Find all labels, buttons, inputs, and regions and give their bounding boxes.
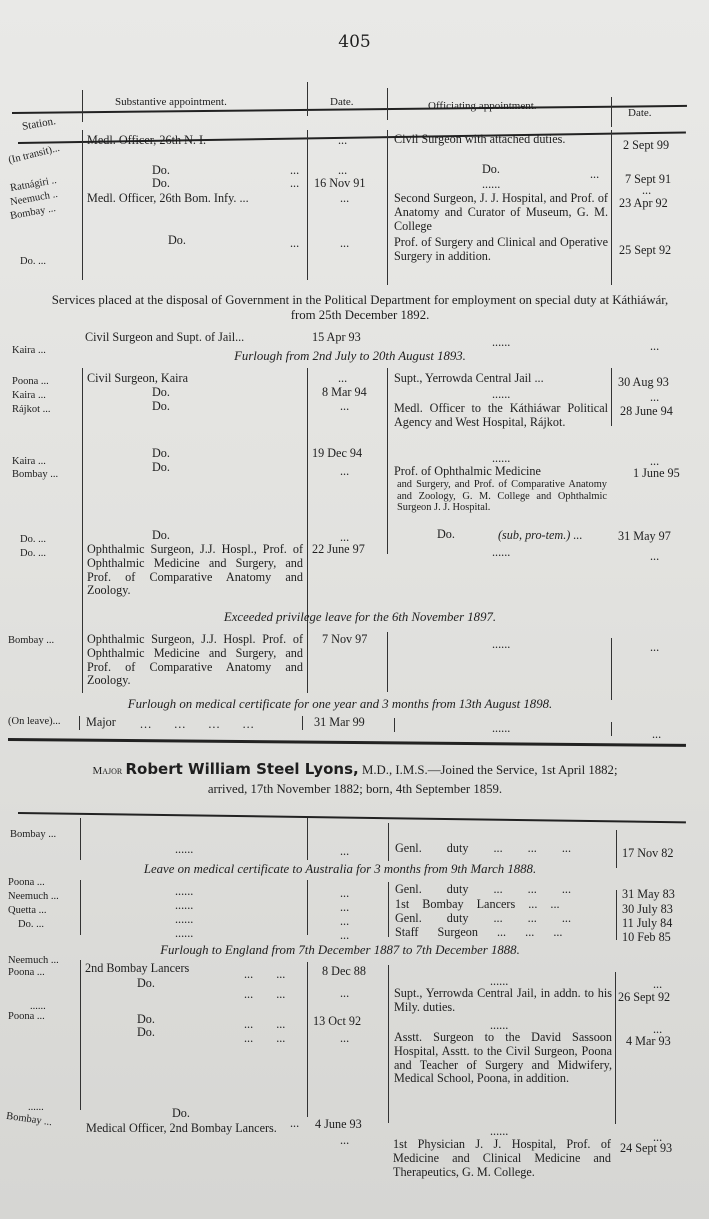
table-top-rule	[18, 812, 686, 823]
officer-bio-line-2: arrived, 17th November 1882; born, 4th S…	[208, 782, 502, 796]
column-rule	[302, 716, 303, 730]
column-rule	[307, 130, 308, 280]
date-cell: 17 Nov 82	[622, 847, 673, 861]
station-cell: Bombay ...	[10, 828, 56, 842]
date-cell: 31 May 83	[622, 888, 675, 902]
substantive-cell: Do.	[137, 1026, 155, 1040]
date-cell: 30 July 83	[622, 903, 673, 917]
officiating-cell: Prof. of Surgery and Clinical and Operat…	[394, 236, 608, 264]
column-rule	[307, 880, 308, 935]
date-cell: ...	[340, 1032, 349, 1046]
date-cell: ...	[340, 237, 349, 251]
substantive-cell: ......	[175, 843, 193, 857]
date-cell: 16 Nov 91	[314, 177, 365, 191]
date-cell: 4 June 93	[315, 1118, 362, 1132]
date-cell: 8 Dec 88	[322, 965, 366, 979]
substantive-cell: Do.	[137, 977, 155, 991]
date-cell: 31 May 97	[618, 530, 671, 544]
officiating-cell: ......	[492, 336, 510, 350]
date-cell: ...	[340, 400, 349, 414]
date-cell: 25 Sept 92	[619, 244, 671, 258]
column-rule	[80, 960, 81, 1110]
column-rule	[387, 130, 388, 285]
date-cell: ...	[650, 641, 659, 655]
date-cell: 2 Sept 99	[623, 139, 669, 153]
officiating-cell: Do.	[437, 528, 455, 542]
date-cell: 19 Dec 94	[312, 447, 362, 461]
column-rule	[611, 722, 612, 736]
date-cell: 15 Apr 93	[312, 331, 361, 345]
england-furlough-note: Furlough to England from 7th December 18…	[90, 943, 590, 958]
date-cell: 13 Oct 92	[313, 1015, 361, 1029]
substantive-cell: ......	[175, 885, 193, 899]
substantive-cell: Civil Surgeon and Supt. of Jail...	[85, 331, 244, 345]
column-rule	[307, 818, 308, 860]
header-station: Station.	[21, 115, 56, 133]
officiating-cell: Asstt. Surgeon to the David Sassoon Hosp…	[394, 1031, 612, 1086]
station-cell: Bombay ...	[5, 1110, 53, 1130]
substantive-cell: Civil Surgeon, Kaira	[87, 372, 188, 386]
exceeded-leave-note: Exceeded privilege leave for the 6th Nov…	[120, 610, 600, 625]
column-rule	[611, 130, 612, 285]
furlough-1893-note: Furlough from 2nd July to 20th August 18…	[100, 349, 600, 364]
date-cell: 26 Sept 92	[618, 991, 670, 1005]
officiating-cell: ......	[492, 722, 510, 736]
header-divider	[82, 90, 83, 122]
section-end-rule	[8, 738, 686, 747]
date-cell: 24 Sept 93	[620, 1142, 672, 1156]
substantive-cell: 2nd Bombay Lancers	[85, 962, 189, 976]
header-date-2: Date.	[628, 107, 652, 119]
dots: ...	[290, 177, 299, 191]
substantive-cell: Do.	[152, 177, 170, 191]
header-divider	[387, 88, 388, 120]
station-cell: Bombay ...	[8, 634, 54, 648]
date-cell: ...	[340, 887, 349, 901]
date-cell: 8 Mar 94	[322, 386, 367, 400]
station-cell: Neemuch ...	[8, 890, 59, 904]
date-cell: 4 Mar 93	[626, 1035, 671, 1049]
officiating-cell-detail: and Surgery, and Prof. of Comparative An…	[397, 479, 607, 514]
column-rule	[615, 972, 616, 1124]
station-cell: Poona ...	[8, 1010, 45, 1024]
officiating-cell: Second Surgeon, J. J. Hospital, and Prof…	[394, 192, 608, 233]
officiating-cell: Supt., Yerrowda Central Jail, in addn. t…	[394, 987, 612, 1015]
officer-heading: Major Robert William Steel Lyons, M.D., …	[10, 760, 700, 798]
officiating-cell-extra: (sub, pro-tem.) ...	[498, 529, 583, 543]
substantive-cell: Do.	[168, 234, 186, 248]
date-cell: 10 Feb 85	[622, 931, 671, 945]
substantive-cell: Do.	[152, 386, 170, 400]
officer-rank: Major	[92, 765, 122, 777]
column-rule	[388, 882, 389, 937]
station-cell: (In transit)...	[7, 142, 61, 168]
column-rule	[388, 823, 389, 861]
column-rule	[616, 890, 617, 940]
officiating-cell: 1st Physician J. J. Hospital, Prof. of M…	[393, 1138, 611, 1179]
officiating-cell: ......	[492, 638, 510, 652]
services-note: Services placed at the disposal of Gover…	[40, 293, 680, 323]
column-rule	[387, 632, 388, 692]
column-rule	[307, 368, 308, 693]
date-cell: ...	[340, 987, 349, 1001]
date-cell: ...	[340, 915, 349, 929]
dots: ... ...	[244, 1032, 285, 1046]
header-divider	[611, 97, 612, 127]
officiating-cell: Medl. Officer to the Káthiáwar Political…	[394, 402, 608, 430]
date-cell: 28 June 94	[620, 405, 673, 419]
substantive-cell: Medical Officer, 2nd Bombay Lancers.	[86, 1122, 304, 1136]
column-rule	[82, 368, 83, 693]
column-rule	[616, 830, 617, 868]
date-cell: ...	[338, 134, 347, 148]
substantive-cell: Medl. Officer, 26th N. I.	[87, 134, 206, 148]
column-rule	[307, 962, 308, 1117]
header-date-1: Date.	[330, 96, 354, 108]
column-rule	[611, 368, 612, 426]
station-cell: Kaira ...	[12, 344, 46, 358]
date-cell: ...	[340, 845, 349, 859]
furlough-1898-note: Furlough on medical certificate for one …	[40, 697, 640, 712]
dots: ... ...	[244, 1018, 285, 1032]
station-cell: Rájkot ...	[12, 403, 51, 417]
officiating-cell: Staff Surgeon ... ... ...	[395, 926, 562, 940]
column-rule	[387, 368, 388, 554]
substantive-cell: Major	[86, 716, 116, 730]
officiating-cell: 1st Bombay Lancers ... ...	[395, 898, 560, 912]
substantive-cell: Do.	[152, 400, 170, 414]
station-cell: (On leave)...	[8, 715, 60, 729]
substantive-cell: ......	[175, 899, 193, 913]
substantive-cell: Ophthalmic Surgeon, J.J. Hospl., Prof. o…	[87, 543, 303, 598]
substantive-cell: ......	[175, 913, 193, 927]
substantive-cell: ......	[175, 927, 193, 941]
dots: ... ... ... ...	[140, 718, 255, 732]
officiating-cell: Civil Surgeon with attached duties.	[394, 133, 606, 147]
substantive-cell: Do.	[152, 461, 170, 475]
officiating-cell: ......	[492, 546, 510, 560]
date-cell: 31 Mar 99	[314, 716, 365, 730]
station-cell: Do. ...	[18, 918, 44, 932]
officiating-cell: ......	[492, 388, 510, 402]
date-cell: ...	[650, 550, 659, 564]
officer-name: Robert William Steel Lyons,	[125, 760, 358, 778]
officiating-cell: Supt., Yerrowda Central Jail ...	[394, 372, 544, 386]
column-rule	[80, 818, 81, 860]
station-cell: Quetta ...	[8, 904, 47, 918]
date-cell: ...	[340, 1134, 349, 1148]
officiating-cell: Genl. duty ... ... ...	[395, 842, 571, 856]
station-cell: Do. ...	[20, 547, 46, 561]
substantive-cell: Ophthalmic Surgeon, J.J. Hospl. Prof. of…	[87, 633, 303, 688]
date-cell: ...	[338, 372, 347, 386]
australia-leave-note: Leave on medical certificate to Australi…	[70, 862, 610, 877]
column-rule	[611, 638, 612, 700]
dots: ...	[290, 237, 299, 251]
column-rule	[82, 130, 83, 280]
date-cell: ...	[340, 465, 349, 479]
officiating-cell: Prof. of Ophthalmic Medicine	[394, 465, 541, 479]
date-cell: ...	[650, 391, 659, 405]
header-substantive: Substantive appointment.	[115, 96, 227, 108]
column-rule	[388, 965, 389, 1123]
officiating-cell: Genl. duty ... ... ...	[395, 883, 571, 897]
header-officiating: Officiating appointment.	[428, 100, 537, 112]
officer-qualifications: M.D., I.M.S.	[362, 763, 428, 777]
column-rule	[80, 880, 81, 935]
station-cell: Do. ...	[20, 533, 46, 547]
substantive-cell: Do.	[152, 529, 170, 543]
dots: ... ...	[244, 968, 285, 982]
station-cell: Do. ...	[20, 255, 46, 269]
column-rule	[79, 716, 80, 730]
date-cell: ...	[340, 901, 349, 915]
page-number: 405	[0, 32, 709, 52]
officiating-cell: Do.	[482, 163, 500, 177]
station-cell: Kaira ...	[12, 389, 46, 403]
date-cell: 22 June 97	[312, 543, 365, 557]
station-cell: Bombay ...	[12, 468, 58, 482]
officiating-cell: Genl. duty ... ... ...	[395, 912, 571, 926]
station-cell: Poona ...	[8, 966, 45, 980]
station-cell: Kaira ...	[12, 455, 46, 469]
date-cell: ...	[340, 192, 349, 206]
date-cell: 11 July 84	[622, 917, 672, 931]
dots: ...	[590, 168, 599, 182]
station-cell: Poona ...	[8, 876, 45, 890]
date-cell: 23 Apr 92	[619, 197, 668, 211]
header-divider	[307, 82, 308, 116]
substantive-cell: Medl. Officer, 26th Bom. Infy. ...	[87, 192, 249, 206]
substantive-cell: Do.	[172, 1107, 190, 1121]
date-cell: 30 Aug 93	[618, 376, 669, 390]
date-cell: ...	[340, 929, 349, 943]
substantive-cell: Do.	[152, 447, 170, 461]
date-cell: 7 Nov 97	[322, 633, 367, 647]
officer-bio-line-1: —Joined the Service, 1st April 1882;	[428, 763, 618, 777]
date-cell: ...	[650, 340, 659, 354]
column-rule	[394, 718, 395, 732]
station-cell: Poona ...	[12, 375, 49, 389]
date-cell: ...	[652, 728, 661, 742]
date-cell: 1 June 95	[633, 467, 680, 481]
officiating-cell: ......	[482, 178, 500, 192]
dots: ... ...	[244, 988, 285, 1002]
